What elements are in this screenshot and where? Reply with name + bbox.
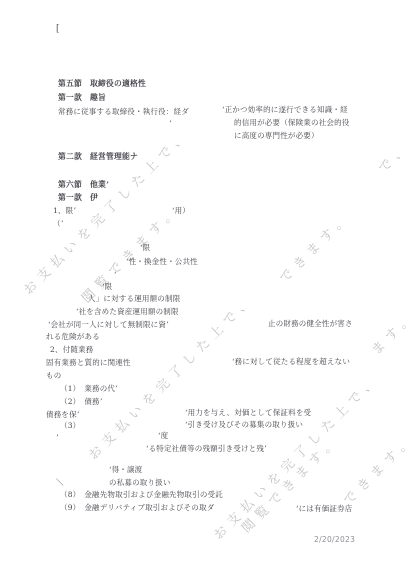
doc-text-line: ʻ用） — [172, 206, 190, 216]
doc-text-line: ＼ — [56, 478, 64, 488]
watermark-text: できます。 — [338, 428, 410, 508]
doc-text-line: ʻには有価証券店 — [296, 504, 352, 514]
doc-text-line: （9） 金融デリバティブ取引およびその取ダ — [60, 503, 214, 513]
doc-text-line: に高度の専門性が必要） — [234, 131, 319, 141]
doc-text-line: れる危険がある — [46, 332, 100, 342]
doc-text-line: ʻ務に対して従たる程度を超えない — [232, 357, 350, 367]
doc-text-line: （ʼ — [53, 219, 63, 229]
doc-text-line: ʻ — [114, 270, 117, 280]
doc-text-line: （3） — [60, 421, 80, 431]
doc-heading-line: 第一款 伊 — [58, 193, 98, 203]
doc-heading-line: 第一款 趣旨 — [58, 93, 106, 103]
doc-text-line: ʻ用力を与え、対価として保証料を受 — [185, 408, 311, 418]
doc-text-line: ʼ — [56, 433, 59, 443]
doc-text-line: 固有業務と質的に関連性 — [46, 358, 131, 368]
page-top-bracket-mark: [ — [56, 24, 60, 34]
doc-text-line: の私募の取り扱い — [109, 478, 171, 488]
document-page: お支払いを完了した上で、閲覧できます。できます。で、お支払いを完了した上で、お支… — [0, 0, 410, 580]
doc-heading-line: 第五節 取締役の適格性 — [58, 79, 146, 89]
watermark-text: お支払いを完了した上で、 — [208, 369, 382, 543]
doc-text-line: 1、限ʼ — [53, 206, 76, 216]
watermark-text: で、 — [373, 136, 410, 176]
doc-text-line: 2、付随業務 — [50, 345, 93, 355]
doc-heading-line: 第六節 他業ʼ — [58, 180, 109, 190]
watermark-text: できます。 — [274, 206, 354, 286]
doc-text-line: （1） 業務の代ʼ — [60, 384, 118, 394]
doc-text-line: （8） 金融先物取引および金融先物取引の受託 — [60, 490, 223, 500]
watermark-text: ます。 — [366, 305, 410, 358]
page-date: 2/20/2023 — [314, 535, 355, 544]
doc-text-line: ʻ社を含めた資産運用額の制限 — [76, 307, 179, 317]
doc-text-line: ʼ — [169, 119, 172, 129]
doc-text-line: ʻ限 — [102, 282, 112, 292]
doc-text-line: ʻ得・譲渡 — [109, 465, 142, 475]
doc-text-line: 債務を保ʼ — [46, 410, 79, 420]
doc-text-line: 的信用が必要（保険業の社会的役 — [234, 118, 350, 128]
doc-text-line: ʻ正かつ効率的に遂行できる知識・経 — [222, 105, 348, 115]
doc-text-line: （2） 債務ʼ — [60, 397, 102, 407]
doc-text-line: 人」に対する運用額の制限 — [88, 294, 180, 304]
doc-text-line: ʻ引き受け及びその募集の取り扱い — [185, 420, 303, 430]
doc-text-line: ʻ性・換金性・公共性 — [126, 257, 198, 267]
doc-text-line: 常務に従事する取締役・執行役：経ダ — [58, 107, 189, 117]
doc-text-line: もの — [46, 371, 61, 381]
doc-text-line: ʻる特定社債等の残額引き受けと残ʼ — [146, 444, 267, 454]
doc-text-line: ʻ度 — [158, 431, 168, 441]
doc-text-line: ʻ会社が同一人に対して無制限に資ʼ — [48, 320, 169, 330]
doc-heading-line: 第二款 経営管理能ナ — [58, 152, 138, 162]
doc-text-line: 止の財務の健全性が害さ — [268, 319, 353, 329]
doc-text-line: ʻ限 — [140, 243, 150, 253]
